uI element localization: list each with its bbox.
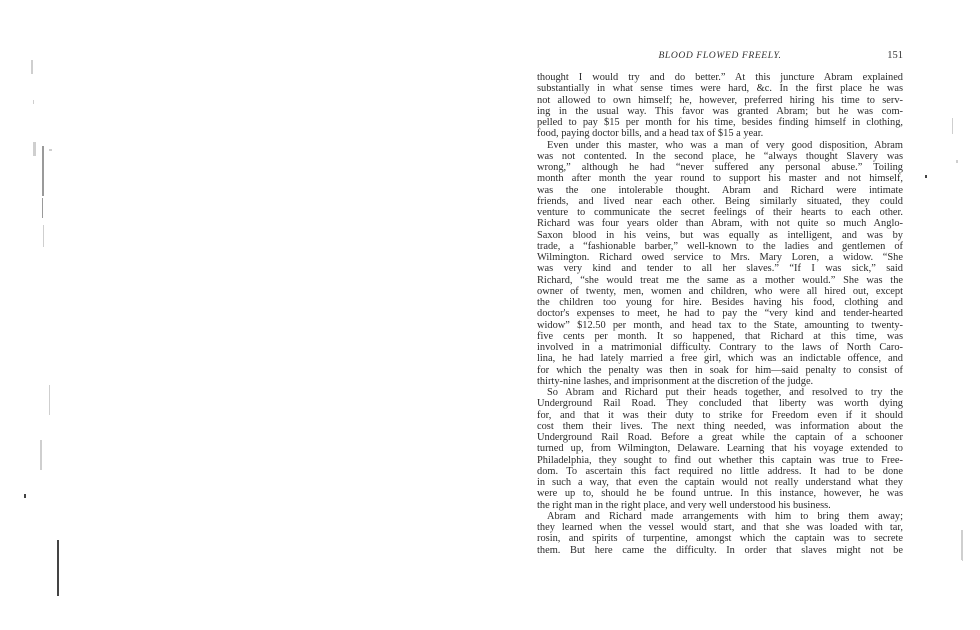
text-line: for which the penalty was then in soak f… <box>537 365 903 376</box>
text-line: Saxon blood in his veins, but was equall… <box>537 230 903 241</box>
text-line: for, and that it was their duty to strik… <box>537 410 903 421</box>
text-line: involved in a matrimonial difficulty. Co… <box>537 342 903 353</box>
text-line: So Abram and Richard put their heads tog… <box>537 387 903 398</box>
text-line: they learned when the vessel would start… <box>537 522 903 533</box>
text-line: widow” $12.50 per month, and head tax to… <box>537 320 903 331</box>
text-line: were up to, should he be found untrue. I… <box>537 488 903 499</box>
text-line: Abram and Richard made arrangements with… <box>537 511 903 522</box>
text-line: venture to communicate the secret feelin… <box>537 207 903 218</box>
text-line: was not contented. In the second place, … <box>537 151 903 162</box>
text-line: trade, a “fashionable barber,” well-know… <box>537 241 903 252</box>
scanned-book-page: BLOOD FLOWED FREELY. 151 thought I would… <box>0 0 980 630</box>
text-line: the right man in the right place, and ve… <box>537 500 903 511</box>
text-line: thought I would try and do better.” At t… <box>537 72 903 83</box>
running-title: BLOOD FLOWED FREELY. <box>537 50 903 61</box>
text-line: substantially in what sense times were h… <box>537 83 903 94</box>
text-line: lina, he had lately married a free girl,… <box>537 353 903 364</box>
text-line: in such a way, that even the captain wou… <box>537 477 903 488</box>
text-line: Underground Rail Road. They concluded th… <box>537 398 903 409</box>
text-line: cost them their lives. The next thing ne… <box>537 421 903 432</box>
text-line: turned up, from Wilmington, Delaware. Le… <box>537 443 903 454</box>
text-line: the children too young for hire. Besides… <box>537 297 903 308</box>
text-line: them. But here came the difficulty. In o… <box>537 545 903 556</box>
text-line: owner of twenty, men, women and children… <box>537 286 903 297</box>
text-line: was the one intolerable thought. Abram a… <box>537 185 903 196</box>
text-line: Even under this master, who was a man of… <box>537 140 903 151</box>
text-line: ing in the usual way. This favor was gra… <box>537 106 903 117</box>
text-line: food, paying doctor bills, and a head ta… <box>537 128 903 139</box>
text-line: rosin, and spirits of turpentine, amongs… <box>537 533 903 544</box>
text-line: wrong,” although he had “never suffered … <box>537 162 903 173</box>
text-line: Richard was four years older than Abram,… <box>537 218 903 229</box>
body-text: thought I would try and do better.” At t… <box>537 72 903 556</box>
text-line: doctor's expenses to meet, he had to pay… <box>537 308 903 319</box>
text-line: Wilmington. Richard owed service to Mrs.… <box>537 252 903 263</box>
text-line: Underground Rail Road. Before a great wh… <box>537 432 903 443</box>
text-line: pelled to pay $15 per month for his time… <box>537 117 903 128</box>
text-line: thirty-nine lashes, and imprisonment at … <box>537 376 903 387</box>
text-line: was very kind and tender to all her slav… <box>537 263 903 274</box>
text-line: not allowed to own himself; he, however,… <box>537 95 903 106</box>
text-line: dom. To ascertain this fact required no … <box>537 466 903 477</box>
text-line: five cents per month. It so happened, th… <box>537 331 903 342</box>
page-number: 151 <box>887 50 903 61</box>
text-line: Philadelphia, they sought to find out wh… <box>537 455 903 466</box>
text-line: friends, and lived near each other. Bein… <box>537 196 903 207</box>
text-line: month after month the year round to supp… <box>537 173 903 184</box>
running-head: BLOOD FLOWED FREELY. 151 <box>537 50 903 64</box>
text-line: Richard, “she would treat me the same as… <box>537 275 903 286</box>
